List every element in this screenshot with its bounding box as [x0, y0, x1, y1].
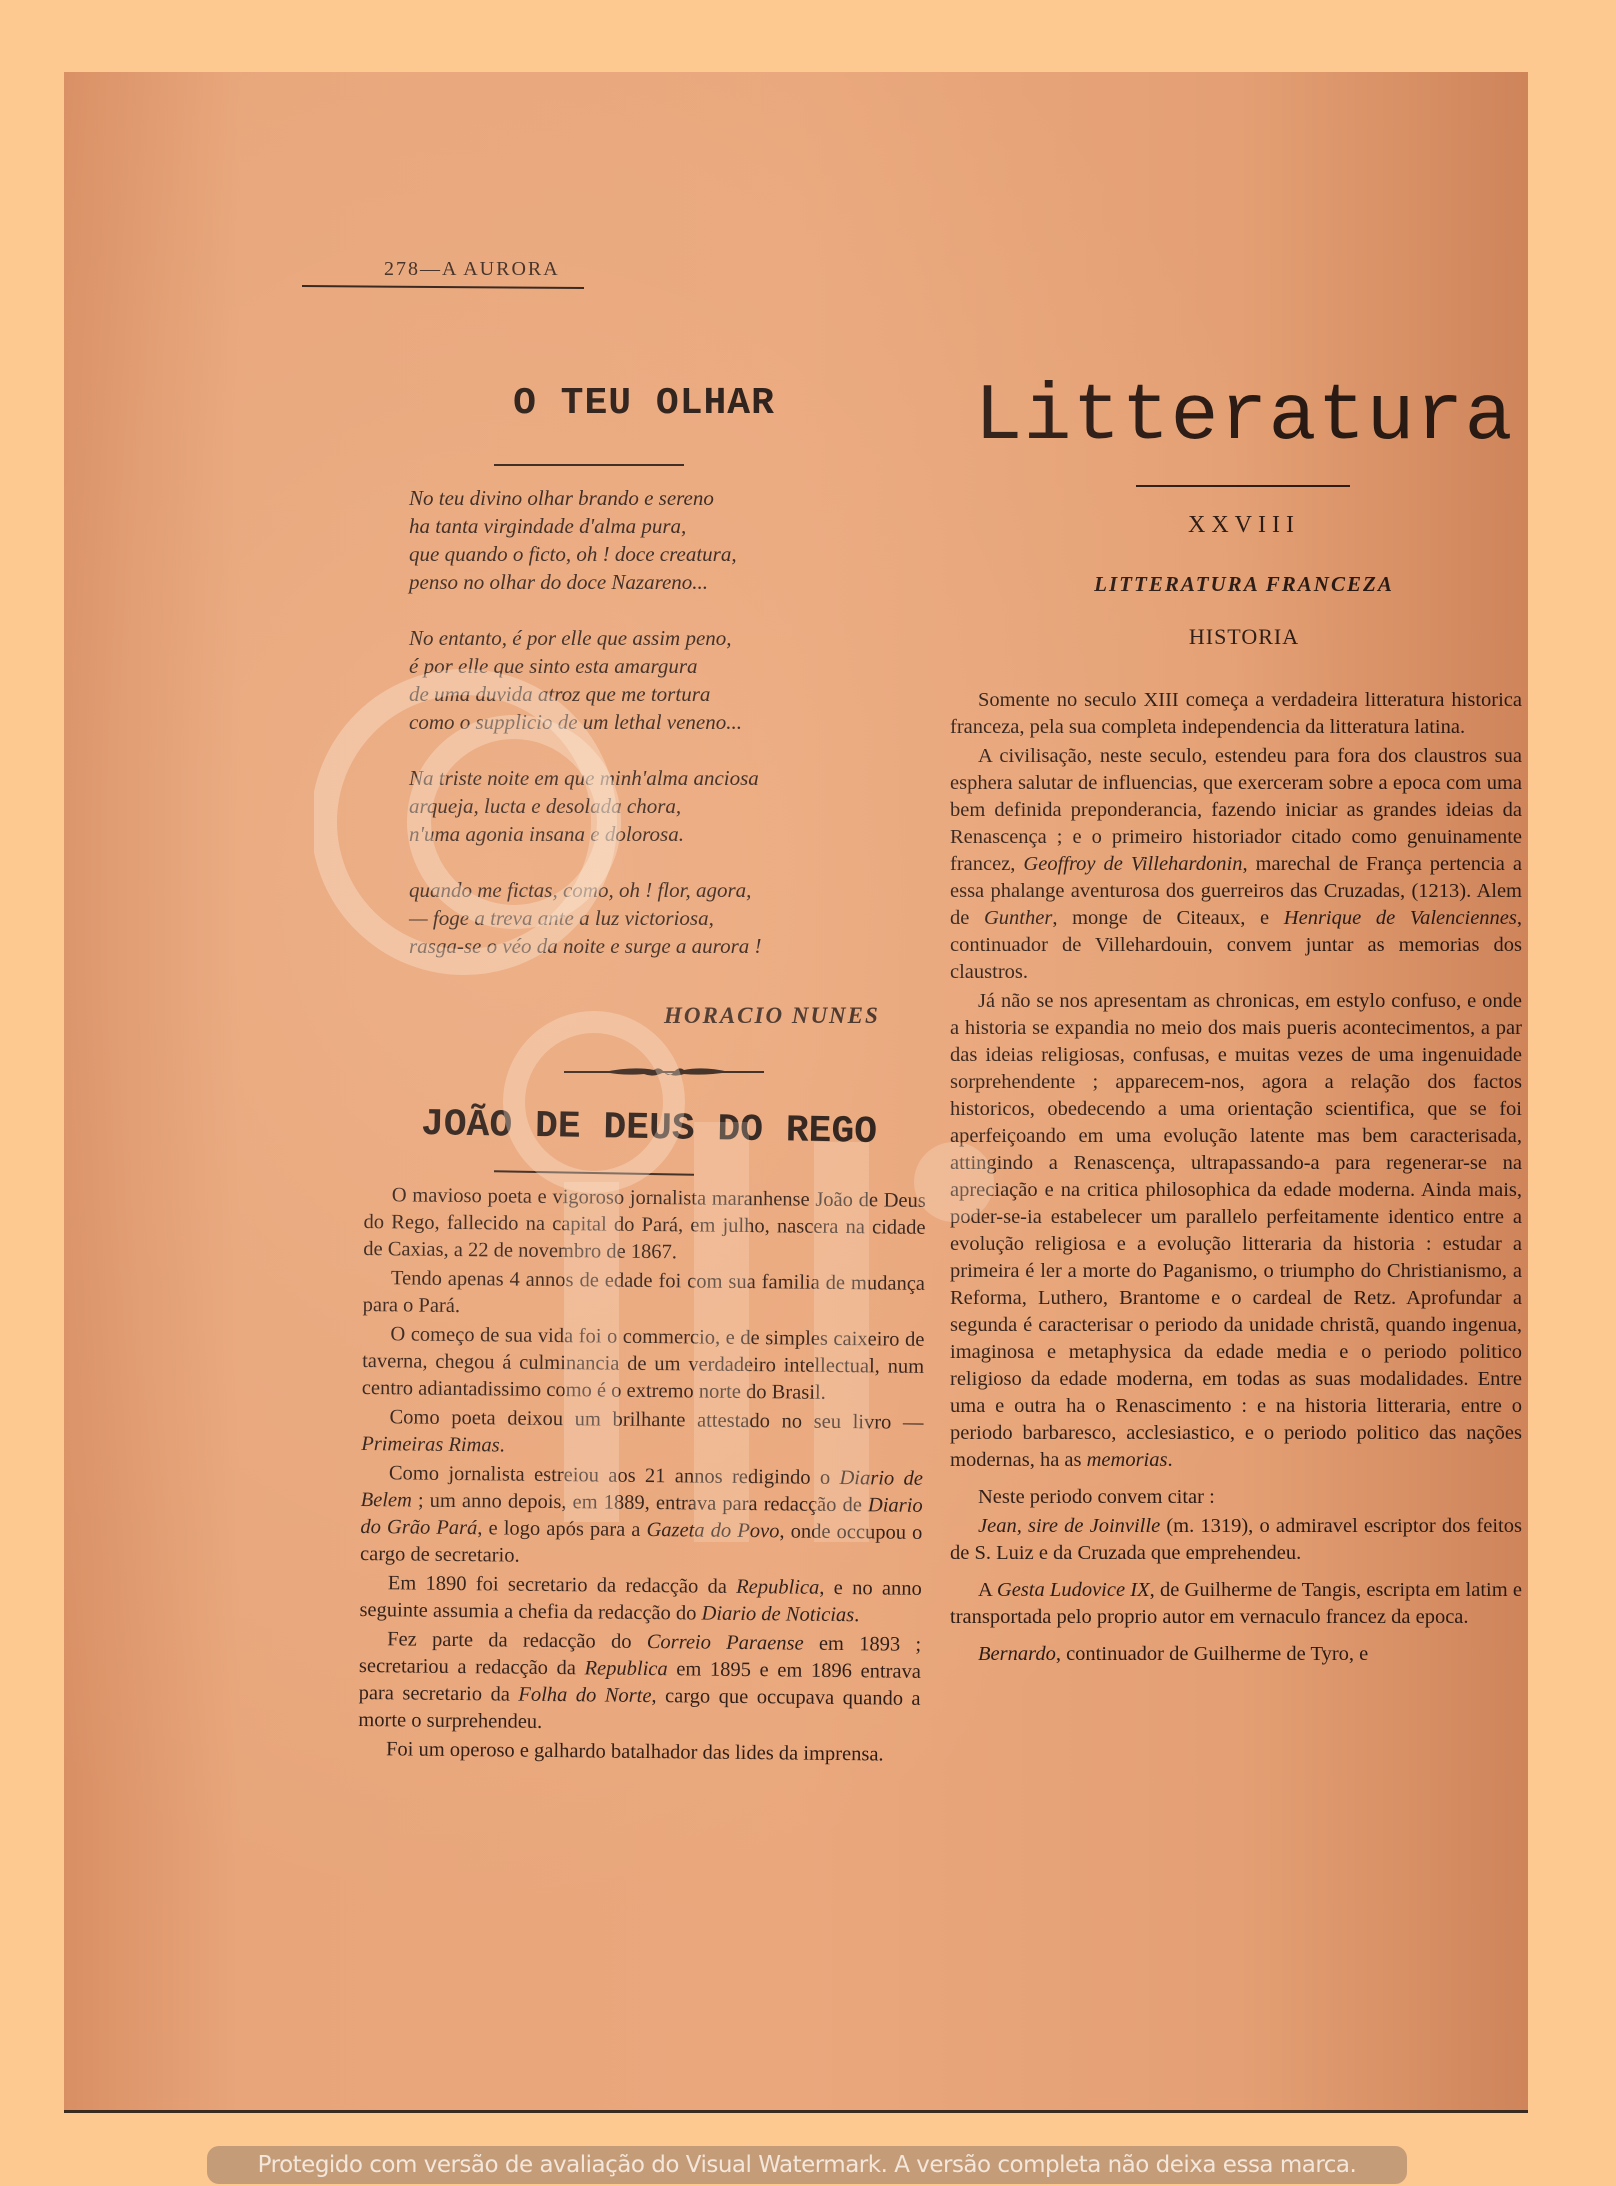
watermark-banner: Protegido com versão de avaliação do Vis… [207, 2146, 1407, 2184]
chapter-number: XXVIII [964, 512, 1524, 539]
biography-title: JOÃO DE DEUS DO REGO [364, 1102, 935, 1155]
chapter-subject: LITTERATURA FRANCEZA [964, 572, 1524, 597]
text-run: Já não se nos apresentam as chronicas, e… [950, 990, 1522, 1471]
text-run: Fez parte da redacção do [387, 1628, 647, 1653]
verse: penso no olhar do doce Nazareno... [409, 568, 929, 596]
paragraph: Em 1890 foi secretario da redacção da Re… [359, 1570, 922, 1630]
text-run: . [500, 1434, 505, 1456]
text-run: Neste periodo convem citar : [978, 1486, 1215, 1508]
text-run: A [978, 1579, 997, 1601]
text-run: Tendo apenas 4 annos de edade foi com su… [363, 1267, 925, 1317]
stanza: quando me fictas, como, oh ! flor, agora… [409, 876, 929, 960]
text-run: Como jornalista estreiou aos 21 annos re… [389, 1462, 840, 1489]
text-run: ; um anno depois, em 1889, entrava para … [412, 1490, 868, 1517]
italic-title: Henrique de Valenciennes [1284, 907, 1517, 929]
verse: — foge a treva ante a luz victoriosa, [409, 904, 929, 932]
stanza: No entanto, é por elle que assim peno, é… [409, 624, 929, 736]
paragraph: Já não se nos apresentam as chronicas, e… [950, 988, 1522, 1474]
stanza: No teu divino olhar brando e sereno ha t… [409, 484, 929, 596]
text-run: , continuador de Guilherme de Tyro, e [1056, 1643, 1368, 1665]
italic-title: Primeiras Rimas [361, 1433, 500, 1456]
poem-title: O TEU OLHAR [364, 382, 924, 425]
paragraph: O mavioso poeta e vigoroso jornalista ma… [363, 1182, 926, 1269]
verse: n'uma agonia insana e dolorosa. [409, 820, 929, 848]
text-run: . [1167, 1449, 1172, 1471]
subsection-heading: HISTORIA [964, 624, 1524, 650]
section-title: Litteratura [964, 372, 1524, 463]
paragraph: Somente no seculo XIII começa a verdadei… [950, 687, 1522, 741]
verse: No entanto, é por elle que assim peno, [409, 624, 929, 652]
text-run: , e logo após para a [477, 1517, 646, 1541]
section-title-rule [1136, 485, 1350, 487]
ornament-divider-icon [564, 1064, 764, 1080]
paragraph: Jean, sire de Joinville (m. 1319), o adm… [950, 1513, 1522, 1567]
text-run: . [854, 1604, 859, 1626]
paragraph: Tendo apenas 4 annos de edade foi com su… [363, 1265, 926, 1325]
paragraph: A Gesta Ludovice IX, de Guilherme de Tan… [950, 1577, 1522, 1631]
italic-title: Republica [736, 1576, 819, 1599]
verse: arqueja, lucta e desolada chora, [409, 792, 929, 820]
biography-body: O mavioso poeta e vigoroso jornalista ma… [358, 1182, 926, 1771]
paragraph: O começo de sua vida foi o commercio, e … [362, 1321, 925, 1408]
italic-title: Correio Paraense [647, 1631, 804, 1655]
verse: Na triste noite em que minh'alma anciosa [409, 764, 929, 792]
text-run: O mavioso poeta e vigoroso jornalista ma… [363, 1184, 926, 1263]
text-run: Em 1890 foi secretario da redacção da [388, 1572, 737, 1598]
verse: como o supplicio de um lethal veneno... [409, 708, 929, 736]
paragraph: Bernardo, continuador de Guilherme de Ty… [950, 1641, 1522, 1668]
italic-title: Gazeta do Povo [646, 1519, 779, 1542]
text-run: O começo de sua vida foi o commercio, e … [362, 1323, 925, 1404]
paragraph: A civilisação, neste seculo, estendeu pa… [950, 743, 1522, 986]
italic-title: memorias [1087, 1449, 1168, 1471]
verse: ha tanta virgindade d'alma pura, [409, 512, 929, 540]
italic-title: Geoffroy de Villehardonin [1023, 853, 1242, 875]
verse: é por elle que sinto esta amargura [409, 652, 929, 680]
italic-title: Bernardo [978, 1643, 1056, 1665]
text-run: Foi um operoso e galhardo batalhador das… [386, 1738, 884, 1765]
header-rule [302, 285, 584, 289]
italic-title: Gunther [984, 907, 1052, 929]
verse: quando me fictas, como, oh ! flor, agora… [409, 876, 929, 904]
poem-body: No teu divino olhar brando e sereno ha t… [409, 484, 929, 988]
poem-title-rule [494, 464, 684, 466]
verse: No teu divino olhar brando e sereno [409, 484, 929, 512]
paragraph: Como jornalista estreiou aos 21 annos re… [360, 1460, 923, 1574]
paragraph: Como poeta deixou um brilhante attestado… [361, 1404, 924, 1464]
italic-title: Diario de Noticias [701, 1603, 854, 1627]
verse: de uma duvida atroz que me tortura [409, 680, 929, 708]
text-run: Somente no seculo XIII começa a verdadei… [950, 689, 1522, 738]
verse: que quando o ficto, oh ! doce creatura, [409, 540, 929, 568]
paragraph: Fez parte da redacção do Correio Paraens… [358, 1626, 921, 1740]
text-run: , monge de Citeaux, e [1052, 907, 1283, 929]
stanza: Na triste noite em que minh'alma anciosa… [409, 764, 929, 848]
paragraph: Foi um operoso e galhardo batalhador das… [358, 1736, 920, 1769]
page-number-and-title: 278—A AURORA [384, 258, 560, 281]
italic-title: Folha do Norte [518, 1684, 651, 1707]
biography-title-rule [494, 1170, 694, 1175]
literature-body: Somente no seculo XIII começa a verdadei… [950, 687, 1522, 1670]
paragraph: Neste periodo convem citar : [950, 1484, 1522, 1511]
text-run: Como poeta deixou um brilhante attestado… [389, 1406, 923, 1434]
italic-title: Jean, sire de Joinville [978, 1515, 1160, 1537]
newspaper-page: 278—A AURORA O TEU OLHAR No teu divino o… [64, 72, 1528, 2113]
italic-title: Republica [584, 1657, 667, 1680]
italic-title: Gesta Ludovice IX [997, 1579, 1150, 1601]
poem-author: HORACIO NUNES [664, 1003, 880, 1029]
verse: rasga-se o véo da noite e surge a aurora… [409, 932, 929, 960]
